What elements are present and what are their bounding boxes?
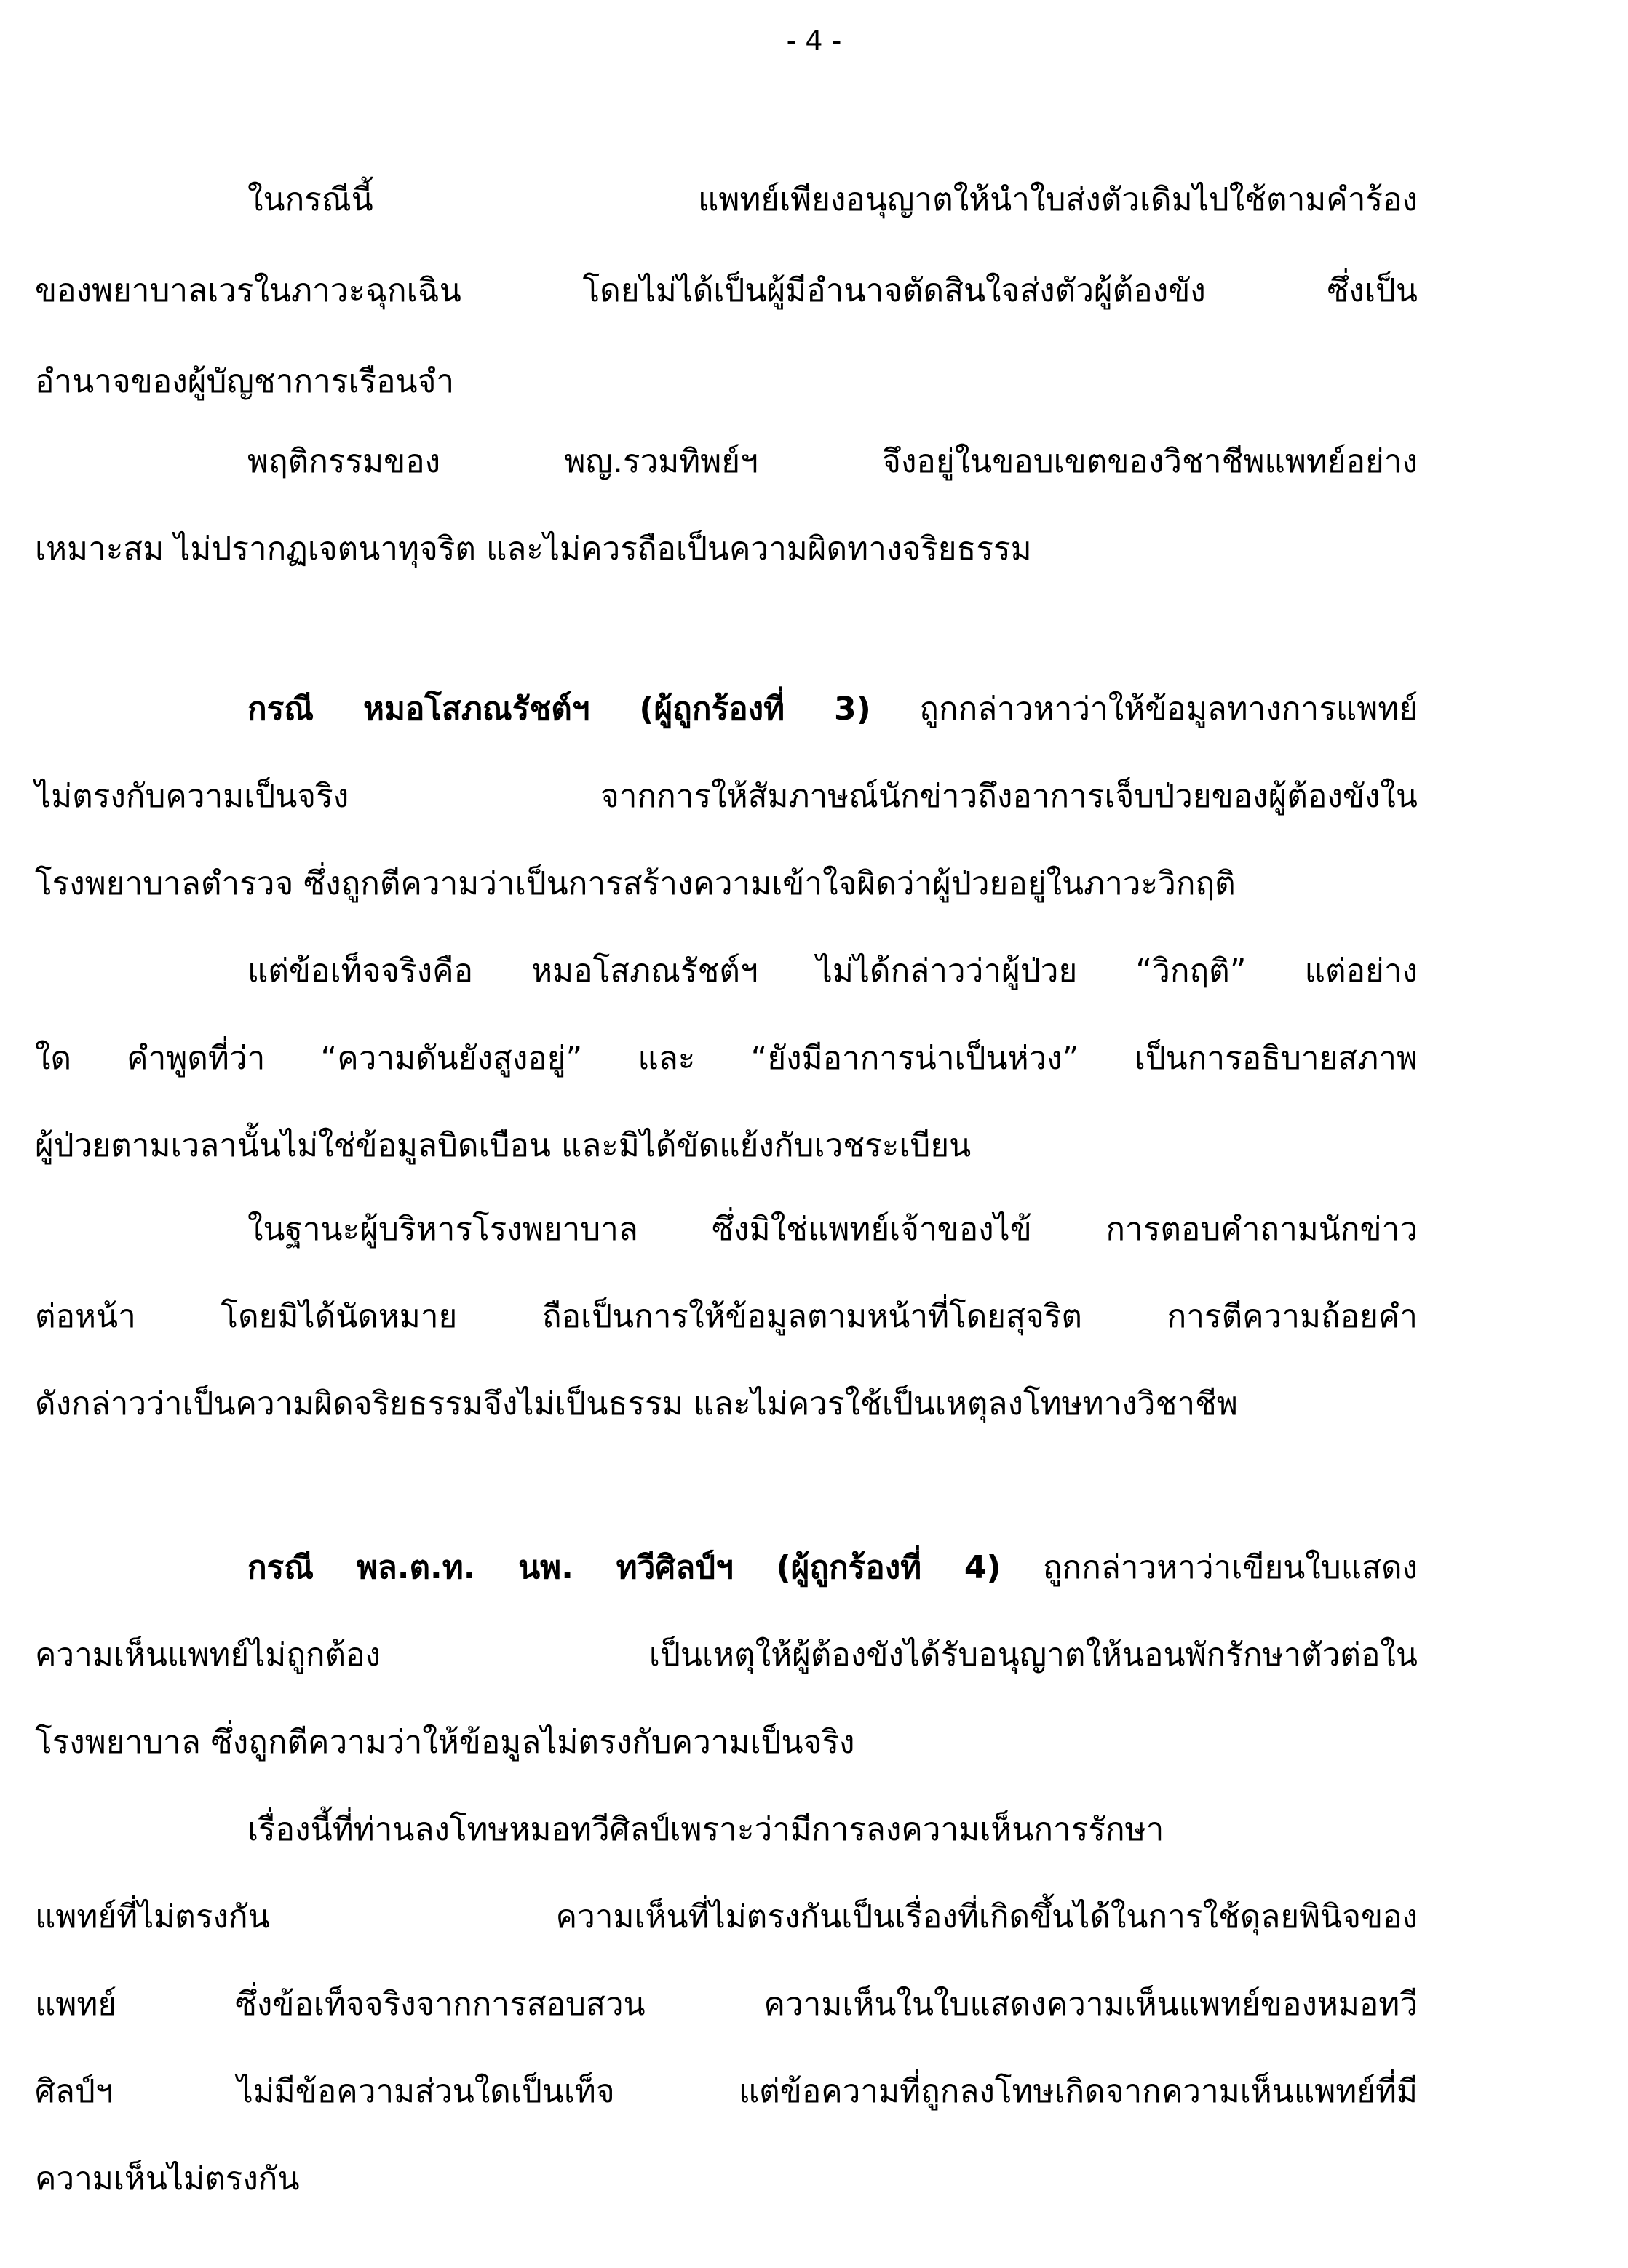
case-3-heading-rest: ถูกกล่าวหาว่าให้ข้อมูลทางการแพทย์ — [871, 691, 1418, 728]
body-line: ศิลป์ฯ ไม่มีข้อความส่วนใดเป็นเท็จ แต่ข้อ… — [35, 2066, 1418, 2117]
body-line: ความเห็นแพทย์ไม่ถูกต้อง เป็นเหตุให้ผู้ต้… — [35, 1630, 1418, 1681]
body-line: ผู้ป่วยตามเวลานั้นไม่ใช่ข้อมูลบิดเบือน แ… — [35, 1121, 1418, 1171]
case-4-heading-rest: ถูกกล่าวหาว่าเขียนใบแสดง — [1001, 1549, 1418, 1586]
body-line: แพทย์ที่ไม่ตรงกัน ความเห็นที่ไม่ตรงกันเป… — [35, 1892, 1418, 1943]
body-line: ต่อหน้า โดยมิได้นัดหมาย ถือเป็นการให้ข้อ… — [35, 1292, 1418, 1342]
case-4-heading-line: กรณี พล.ต.ท. นพ. ทวีศิลป์ฯ (ผู้ถูกร้องที… — [247, 1543, 1418, 1593]
body-line: เหมาะสม ไม่ปรากฏเจตนาทุจริต และไม่ควรถือ… — [35, 524, 1418, 575]
body-line: โรงพยาบาล ซึ่งถูกตีความว่าให้ข้อมูลไม่ตร… — [35, 1717, 1418, 1768]
body-line: โรงพยาบาลตำรวจ ซึ่งถูกตีความว่าเป็นการสร… — [35, 859, 1418, 910]
body-line: เรื่องนี้ที่ท่านลงโทษหมอทวีศิลป์เพราะว่า… — [247, 1805, 1418, 1855]
body-line: ดังกล่าวว่าเป็นความผิดจริยธรรมจึงไม่เป็น… — [35, 1379, 1418, 1430]
body-line: พฤติกรรมของ พญ.รวมทิพย์ฯ จึงอยู่ในขอบเขต… — [247, 437, 1418, 488]
body-line: ในฐานะผู้บริหารโรงพยาบาล ซึ่งมิใช่แพทย์เ… — [247, 1204, 1418, 1255]
body-line: ในกรณีนี้ แพทย์เพียงอนุญาตให้นำใบส่งตัวเ… — [247, 175, 1418, 226]
body-line: แพทย์ ซึ่งข้อเท็จจริงจากการสอบสวน ความเห… — [35, 1979, 1418, 2030]
case-4-heading: กรณี พล.ต.ท. นพ. ทวีศิลป์ฯ (ผู้ถูกร้องที… — [247, 1549, 1001, 1586]
body-line: ความเห็นไม่ตรงกัน — [35, 2154, 1418, 2205]
body-line: แต่ข้อเท็จจริงคือ หมอโสภณรัชต์ฯ ไม่ได้กล… — [247, 946, 1418, 997]
case-3-heading-line: กรณี หมอโสภณรัชต์ฯ (ผู้ถูกร้องที่ 3) ถูก… — [247, 684, 1418, 735]
body-line: ไม่ตรงกับความเป็นจริง จากการให้สัมภาษณ์น… — [35, 771, 1418, 822]
page-number: - 4 - — [0, 19, 1628, 63]
case-3-heading: กรณี หมอโสภณรัชต์ฯ (ผู้ถูกร้องที่ 3) — [247, 691, 871, 728]
body-line: อำนาจของผู้บัญชาการเรือนจำ — [35, 357, 1418, 407]
body-line: ของพยาบาลเวรในภาวะฉุกเฉิน โดยไม่ได้เป็นผ… — [35, 266, 1418, 317]
body-line: ใด คำพูดที่ว่า “ความดันยังสูงอยู่” และ “… — [35, 1033, 1418, 1084]
